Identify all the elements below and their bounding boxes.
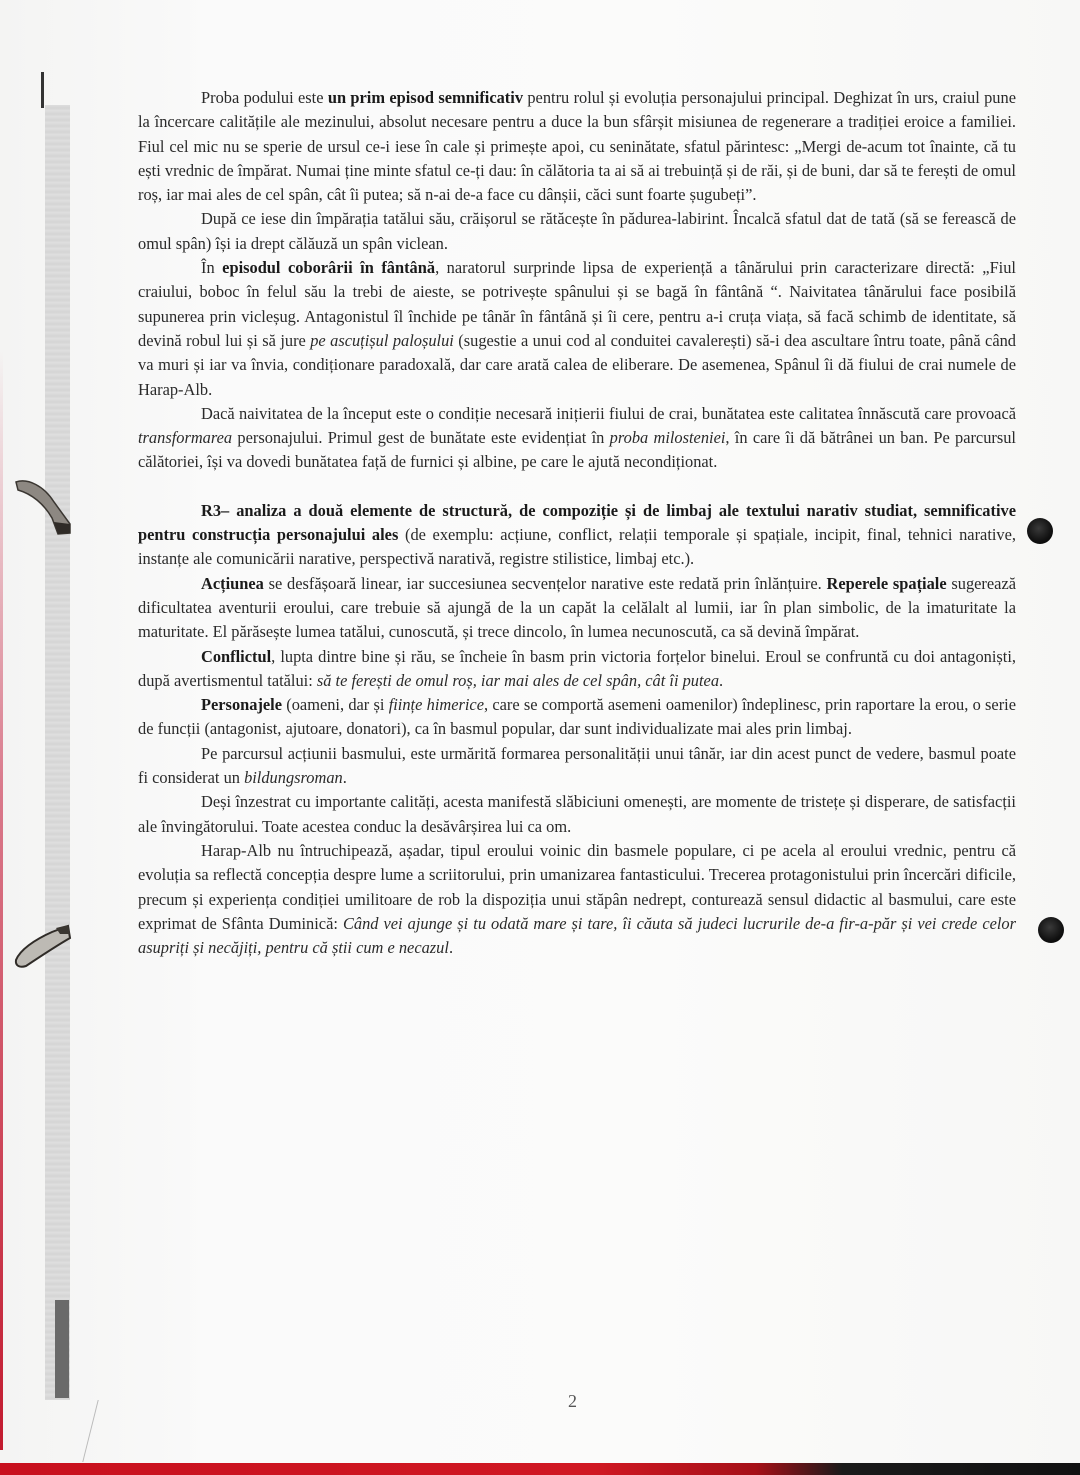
document-body: Proba podului este un prim episod semnif… <box>138 86 1016 960</box>
text-run: În <box>201 258 222 277</box>
page-number: 2 <box>568 1391 577 1412</box>
text-run: Proba podului este <box>201 88 328 107</box>
italic-text: transformarea <box>138 428 232 447</box>
italic-text: proba milosteniei <box>610 428 726 447</box>
left-edge-border <box>0 350 3 1450</box>
paragraph: Conflictul, lupta dintre bine și rău, se… <box>138 645 1016 694</box>
paragraph: Pe parcursul acțiunii basmului, este urm… <box>138 742 1016 791</box>
text-run: După ce iese din împărația tatălui său, … <box>138 209 1016 252</box>
text-run: . <box>449 938 453 957</box>
paragraph: În episodul coborârii în fântână, narato… <box>138 256 1016 402</box>
bottom-border <box>0 1463 1080 1475</box>
punch-hole-icon <box>1027 518 1053 544</box>
text-run: . <box>719 671 723 690</box>
bold-text: Personajele <box>201 695 282 714</box>
binder-clip-icon <box>12 920 72 970</box>
paragraph: Personajele (oameni, dar și ființe himer… <box>138 693 1016 742</box>
text-run: personajului. Primul gest de bunătate es… <box>232 428 610 447</box>
paragraph: R3– analiza a două elemente de structură… <box>138 499 1016 572</box>
italic-text: ființe himerice <box>389 695 484 714</box>
punch-hole-icon <box>1038 917 1064 943</box>
italic-text: pe ascuțișul paloșului <box>310 331 454 350</box>
paragraph: Acțiunea se desfășoară linear, iar succe… <box>138 572 1016 645</box>
text-run: se desfășoară linear, iar succesiunea se… <box>264 574 827 593</box>
bold-text: Acțiunea <box>201 574 264 593</box>
text-run: Deși înzestrat cu importante calități, a… <box>138 792 1016 835</box>
binding-strip <box>45 105 70 1400</box>
italic-text: să te ferești de omul roș, iar mai ales … <box>317 671 719 690</box>
bold-text: episodul coborârii în fântână <box>222 258 435 277</box>
bold-text: Conflictul <box>201 647 271 666</box>
bold-text: un prim episod semnificativ <box>328 88 523 107</box>
scan-edge-mark <box>41 72 44 108</box>
text-run: (oameni, dar și <box>282 695 389 714</box>
bold-text: Reperele spațiale <box>827 574 947 593</box>
binder-clip-icon <box>14 478 74 538</box>
paragraph: Proba podului este un prim episod semnif… <box>138 86 1016 207</box>
text-run: . <box>343 768 347 787</box>
paragraph: După ce iese din împărația tatălui său, … <box>138 207 1016 256</box>
paragraph: Harap-Alb nu întruchipează, așadar, tipu… <box>138 839 1016 960</box>
paragraph: Deși înzestrat cu importante calități, a… <box>138 790 1016 839</box>
binding-strip-shadow <box>55 1300 69 1398</box>
text-run: Dacă naivitatea de la început este o con… <box>201 404 1016 423</box>
paragraph: Dacă naivitatea de la început este o con… <box>138 402 1016 475</box>
italic-text: bildungsroman <box>244 768 343 787</box>
